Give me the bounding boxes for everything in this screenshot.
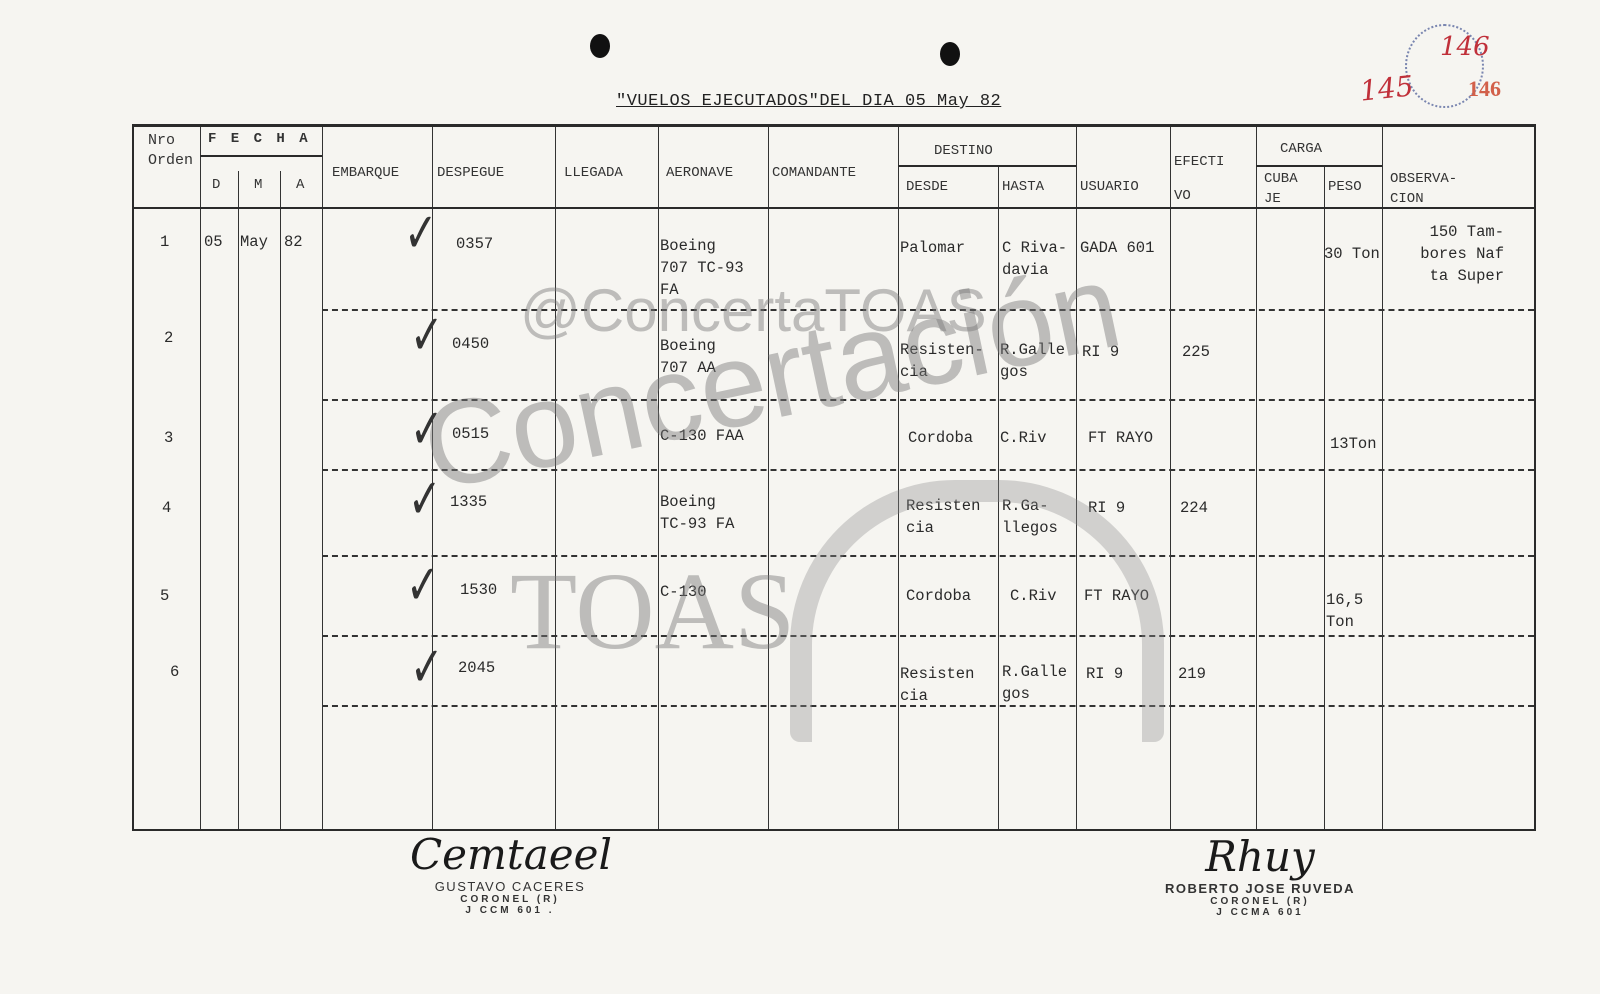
header-usuario: USUARIO xyxy=(1080,179,1139,195)
row2-usuario: RI 9 xyxy=(1082,341,1119,363)
header-carga: CARGA xyxy=(1280,141,1322,157)
document-title: "VUELOS EJECUTADOS"DEL DIA 05 May 82 xyxy=(616,92,1001,111)
header-fecha-d: D xyxy=(212,177,220,193)
row2-desde: Resisten- cia xyxy=(900,339,984,383)
signature-block-right: Rhuy ROBERTO JOSE RUVEDA CORONEL (R) J C… xyxy=(1150,832,1370,918)
header-despegue: DESPEGUE xyxy=(437,165,504,181)
row3-usuario: FT RAYO xyxy=(1088,427,1153,449)
header-hasta: HASTA xyxy=(1002,179,1044,195)
signer-rank: CORONEL (R) xyxy=(1150,896,1370,907)
handwritten-signature: Cemtaeel xyxy=(410,830,610,879)
header-fecha-m: M xyxy=(254,177,262,193)
header-nro-orden: Nro Orden xyxy=(148,131,193,171)
row4-aeronave: Boeing TC-93 FA xyxy=(660,491,734,535)
row2-aeronave: Boeing 707 AA xyxy=(660,335,716,379)
row1-nro: 1 xyxy=(160,231,169,253)
header-comandante: COMANDANTE xyxy=(772,165,856,181)
header-fecha-a: A xyxy=(296,177,304,193)
row1-hasta: C Riva- davia xyxy=(1002,237,1067,281)
row4-check-icon: ✓ xyxy=(408,468,442,532)
row5-despegue: 1530 xyxy=(460,579,497,601)
punch-hole-left xyxy=(590,34,610,58)
handwritten-signature: Rhuy xyxy=(1150,832,1370,881)
row1-check-icon: ✓ xyxy=(404,202,438,266)
row3-hasta: C.Riv xyxy=(1000,427,1047,449)
row6-despegue: 2045 xyxy=(458,657,495,679)
row6-nro: 6 xyxy=(170,661,179,683)
row2-efectivo: 225 xyxy=(1182,341,1210,363)
header-embarque: EMBARQUE xyxy=(332,165,399,181)
row3-aeronave: C-130 FAA xyxy=(660,425,744,447)
row3-nro: 3 xyxy=(164,427,173,449)
handwritten-page-number: 145 xyxy=(1358,69,1415,107)
signer-unit: J CCMA 601 xyxy=(1150,907,1370,918)
row2-check-icon: ✓ xyxy=(410,304,444,368)
header-observacion: OBSERVA- CION xyxy=(1390,169,1457,209)
header-aeronave: AERONAVE xyxy=(666,165,733,181)
row2-nro: 2 xyxy=(164,327,173,349)
row1-peso: 30 Ton xyxy=(1324,243,1380,265)
row1-desde: Palomar xyxy=(900,237,965,259)
circled-page-number: 146 xyxy=(1440,32,1490,62)
page-number-stamp: 146 145 146 xyxy=(1360,20,1510,110)
signer-name: ROBERTO JOSE RUVEDA xyxy=(1150,881,1370,896)
row6-efectivo: 219 xyxy=(1178,663,1206,685)
row5-check-icon: ✓ xyxy=(406,554,440,618)
header-cubaje: CUBA JE xyxy=(1264,169,1298,209)
row4-efectivo: 224 xyxy=(1180,497,1208,519)
header-llegada: LLEGADA xyxy=(564,165,623,181)
row4-despegue: 1335 xyxy=(450,491,487,513)
row1-month: May xyxy=(240,231,268,253)
header-efectivo: EFECTI VO xyxy=(1174,145,1224,213)
row3-peso: 13Ton xyxy=(1330,433,1377,455)
punch-hole-right xyxy=(940,42,960,66)
row1-observacion: 150 Tam- bores Naf ta Super xyxy=(1392,221,1504,287)
row3-check-icon: ✓ xyxy=(410,398,444,462)
row4-nro: 4 xyxy=(162,497,171,519)
row5-nro: 5 xyxy=(160,585,169,607)
row1-aeronave: Boeing 707 TC-93 FA xyxy=(660,235,744,301)
signer-unit: J CCM 601 . xyxy=(410,905,610,916)
row5-peso: 16,5 Ton xyxy=(1326,589,1363,633)
row1-despegue: 0357 xyxy=(456,233,493,255)
signer-rank: CORONEL (R) xyxy=(410,894,610,905)
row3-despegue: 0515 xyxy=(452,423,489,445)
row1-year: 82 xyxy=(284,231,303,253)
row1-usuario: GADA 601 xyxy=(1080,237,1154,259)
signature-block-left: Cemtaeel GUSTAVO CACERES CORONEL (R) J C… xyxy=(410,830,610,916)
header-peso: PESO xyxy=(1328,179,1362,195)
signer-name: GUSTAVO CACERES xyxy=(410,879,610,894)
row3-desde: Cordoba xyxy=(908,427,973,449)
row2-despegue: 0450 xyxy=(452,333,489,355)
row1-day: 05 xyxy=(204,231,223,253)
row2-hasta: R.Galle gos xyxy=(1000,339,1065,383)
header-desde: DESDE xyxy=(906,179,948,195)
header-destino: DESTINO xyxy=(934,143,993,159)
printed-page-number: 146 xyxy=(1468,76,1501,102)
header-fecha: F E C H A xyxy=(208,131,311,147)
row6-check-icon: ✓ xyxy=(410,636,444,700)
row5-aeronave: C-130 xyxy=(660,581,707,603)
